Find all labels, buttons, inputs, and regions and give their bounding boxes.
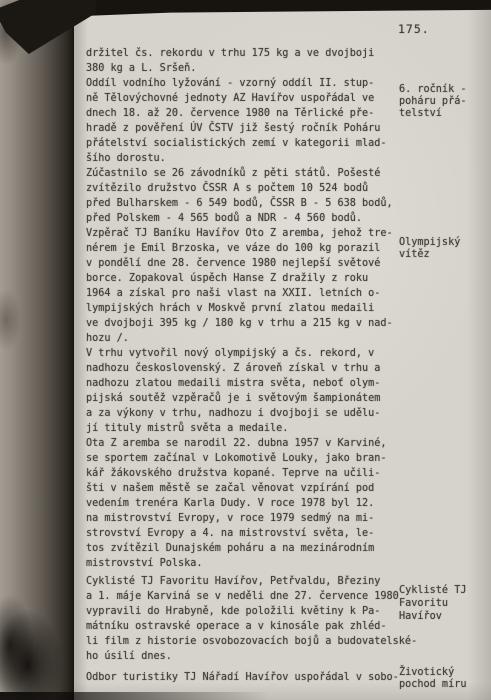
margin-note: Cyklisté TJ Favoritu Havířov [399,584,491,623]
body-paragraph: držitel čs. rekordu v trhu 175 kg a ve d… [86,46,406,76]
margin-note: Životický pochod míru [399,667,491,691]
body-paragraph: Oddíl vodního lyžování - vzorný oddíl II… [86,76,406,166]
typewritten-body: držitel čs. rekordu v trhu 175 kg a ve d… [86,46,406,685]
body-paragraph: Vzpěrač TJ Baníku Havířov Oto Z aremba, … [86,226,406,346]
body-paragraph: Cyklisté TJ Favoritu Havířov, Petřvaldu,… [86,574,406,664]
body-paragraph: V trhu vytvořil nový olympijský a čs. re… [86,346,406,436]
body-paragraph: Ota Z aremba se narodil 22. dubna 1957 v… [86,436,406,571]
margin-note: 6. ročník - poháru přá- telství [399,84,491,120]
scan-shadow-bottom [0,692,270,700]
body-paragraph: Odbor turistiky TJ Nářadí Havířov uspořá… [86,670,406,685]
page-number: 175. [398,22,430,36]
scan-shadow-bottom-left [0,570,92,700]
scanned-document-page: 175. držitel čs. rekordu v trhu 175 kg a… [0,0,491,700]
margin-note: Olympijský vítěz [399,237,491,261]
body-paragraph: Zúčastnilo se 26 závodníků z pěti států.… [86,166,406,226]
